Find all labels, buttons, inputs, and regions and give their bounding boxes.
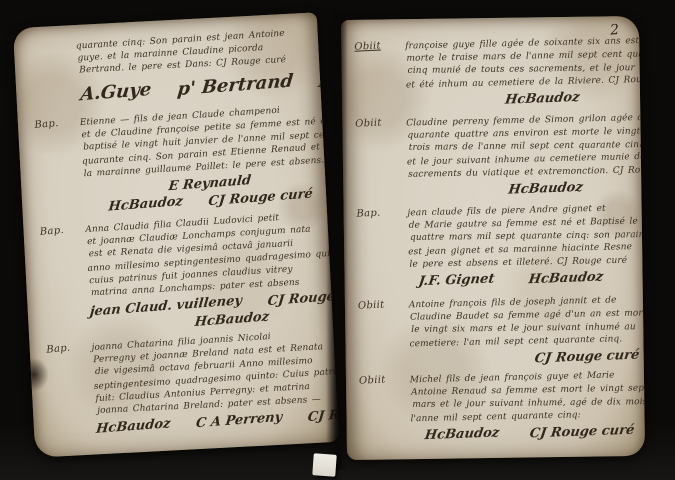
signature-row: HcBaudoz [407,179,645,199]
entry-body: Etienne — fils de jean Claude champenoie… [79,102,337,215]
margin-annotation: Obiit [354,38,407,109]
register-entry: Bap.Anna Claudia filia Claudii Ludovici … [41,210,324,336]
register-entry: Obiitfrançoise guye fille agée de soixan… [355,36,634,109]
entry-body: Antoine françois fils de joseph jannit e… [409,294,645,367]
page-clip [312,453,336,477]
margin-annotation: Bap. [356,205,410,289]
margin-annotation: Obiit [359,372,412,443]
register-entry: Bap.jean claude fils de piere Andre gign… [358,203,637,289]
margin-annotation: Bap. [34,115,86,217]
entry-body: françoise guye fille agée de soixante si… [405,35,645,109]
signature: HcBaudoz [194,309,270,330]
scan-background: quarante cinq: Son parain est jean Antoi… [0,0,675,480]
register-entry: Bap.Etienne — fils de jean Claude champe… [36,104,319,217]
register-entry: ObiitMichel fils de jean françois guye e… [360,370,639,443]
signature: CJ Rouge curé [529,423,636,442]
signature: HcBaudoz [95,416,171,437]
signature: HcBaudoz [504,90,581,108]
signature: C A Perreny [195,410,283,432]
entry-body: joanna Chatarina filia joannis NicolaiPe… [91,323,339,436]
signature-row: J.F. GignetHcBaudoz [409,269,645,289]
margin-annotation: Obiit [358,297,411,368]
signature: HcBaudoz [108,194,184,215]
signature: p' Bertrand [176,69,294,102]
entry-body: Michel fils de jean françois guye et Mar… [410,369,645,442]
signature: HcBaudoz [424,425,501,443]
register-entry: quarante cinq: Son parain est jean Antoi… [32,27,313,108]
register-entry: ObiitAntoine françois fils de joseph jan… [359,295,638,368]
entry-body: jean claude fils de piere Andre gignet e… [407,202,645,289]
signature: A.Guye [79,78,152,107]
margin-annotation [31,38,81,109]
entry-body: Anna Claudia filia Claudii Ludovici peti… [85,207,339,335]
signature-row: HcBaudoz [406,89,645,109]
register-entry: Bap.joanna Chatarina filia joannis Nicol… [47,328,330,437]
right-page-content: Obiitfrançoise guye fille agée de soixan… [341,16,645,460]
signature-row: CJ Rouge curé [410,348,645,367]
left-page: quarante cinq: Son parain est jean Antoi… [13,12,339,457]
left-page-content: quarante cinq: Son parain est jean Antoi… [13,12,339,457]
signature: HcBaudoz [507,180,584,198]
entry-body: Claudine perreny femme de Simon grilon a… [406,112,645,199]
entry-body: quarante cinq: Son parain est jean Antoi… [75,20,339,107]
signature: CJ Rouge curé [534,348,641,367]
right-page: 2 Obiitfrançoise guye fille agée de soix… [341,16,645,460]
register-entry: ObiitClaudine perreny femme de Simon gri… [356,113,635,199]
signature: HcBaudoz [527,270,604,288]
signature: J.F. Gignet [418,271,496,289]
margin-annotation: Obiit [355,115,409,199]
signature-row: HcBaudozCJ Rouge curé [411,423,645,442]
margin-annotation: Bap. [46,340,98,438]
signature: HcBaudoz [317,62,339,94]
